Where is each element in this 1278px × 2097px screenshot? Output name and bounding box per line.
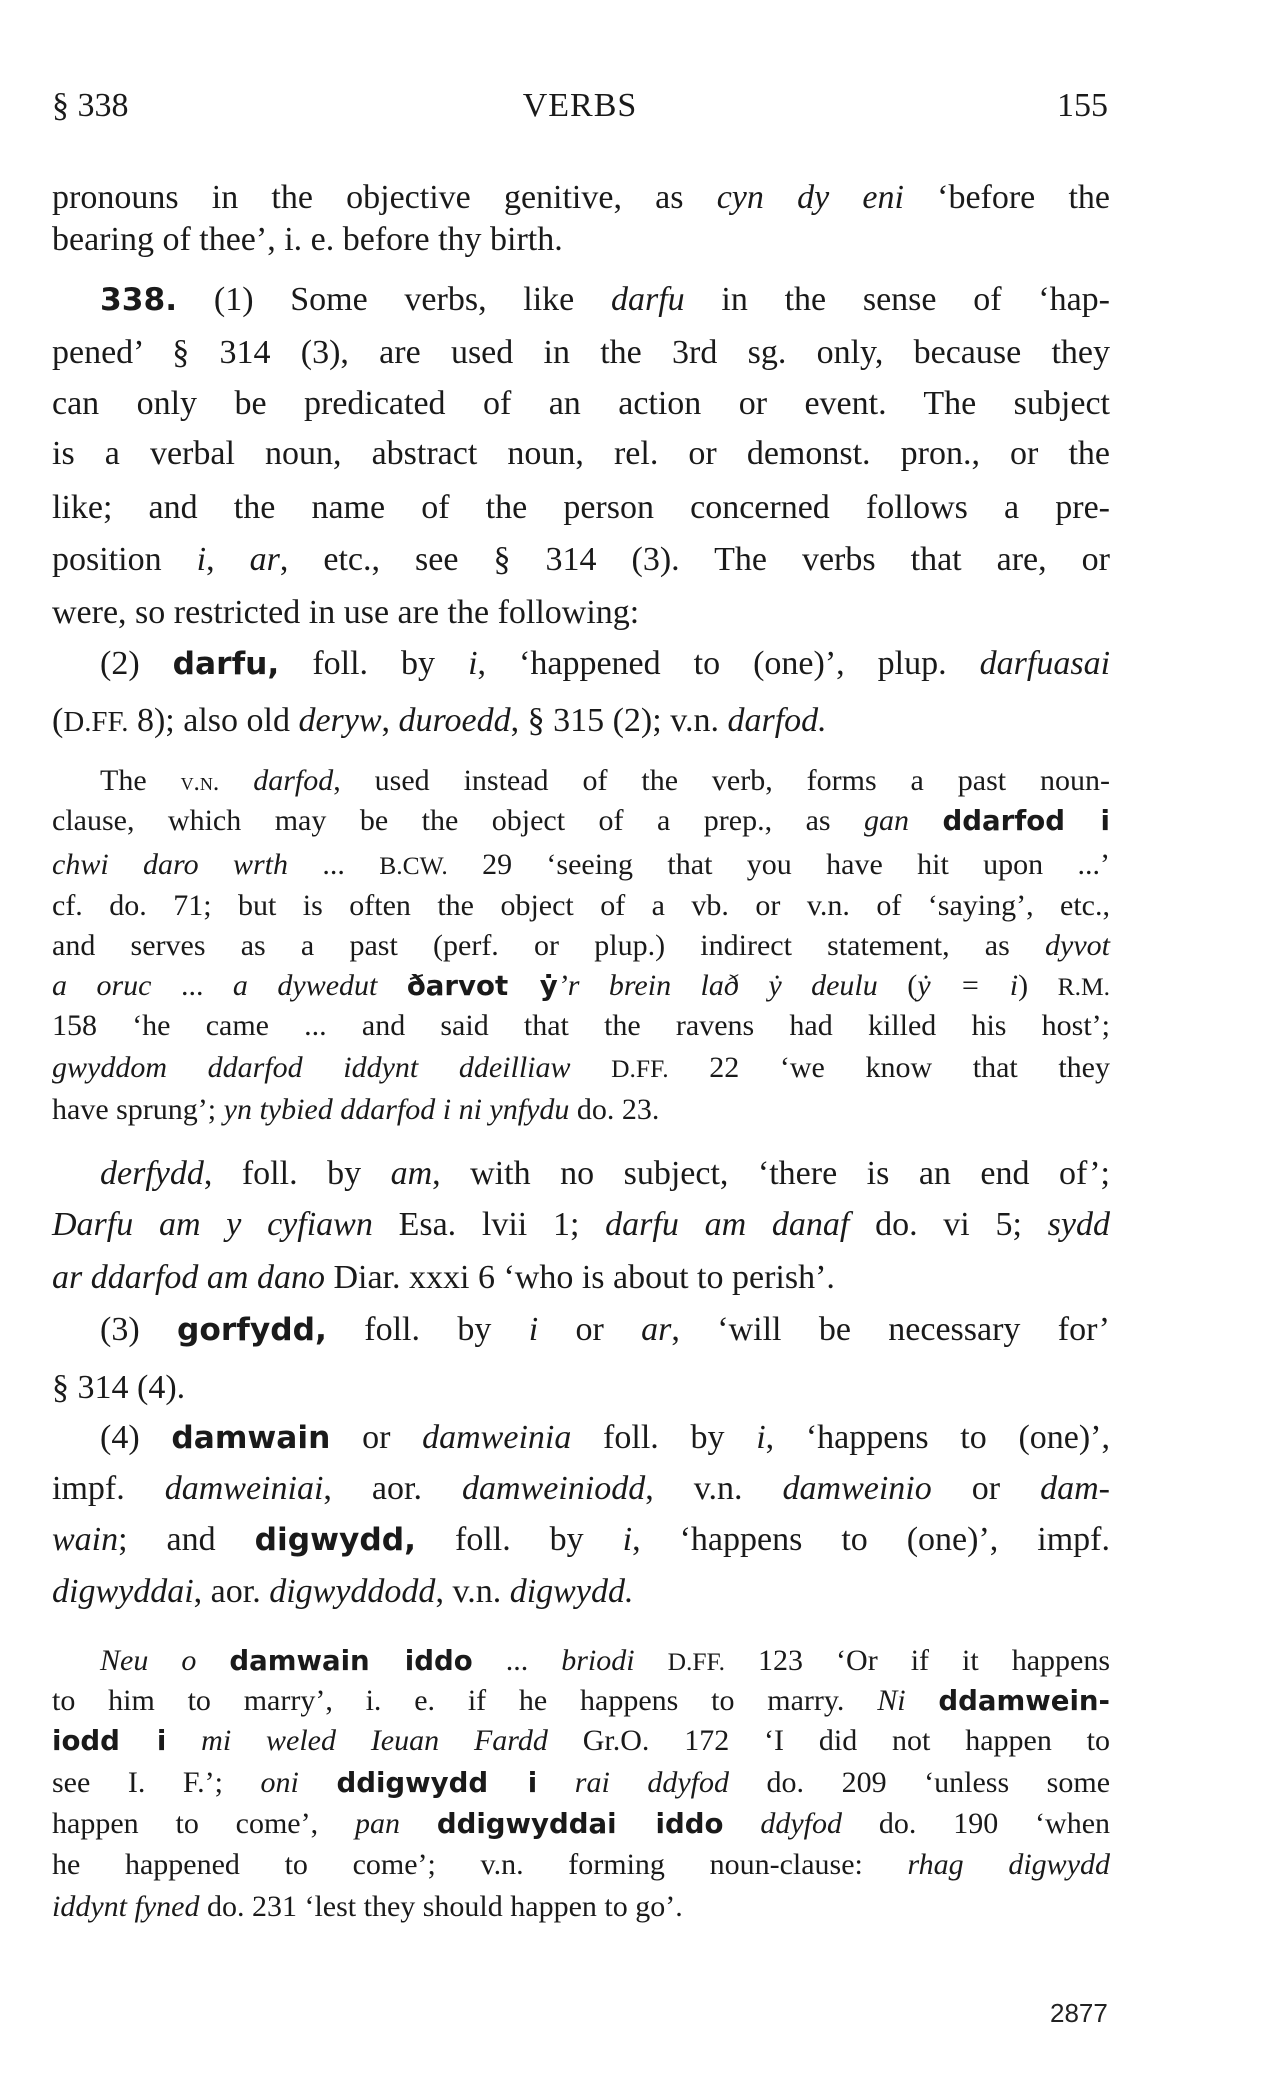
italic-term: cyn dy eni xyxy=(717,179,904,216)
italic-term: a dywedut xyxy=(233,969,377,1002)
italic-term: gan xyxy=(864,804,909,837)
text-line: Darfu am y cyfiawn Esa. lvii 1; darfu am… xyxy=(52,1205,1110,1245)
text-line: and serves as a past (perf. or plup.) in… xyxy=(52,928,1110,964)
italic-term: yn tybied ddarfod i ni ynfydu xyxy=(224,1093,570,1126)
text-line: happen to come’, pan ddigwyddai iddo ddy… xyxy=(52,1806,1110,1842)
text-line: pened’ § 314 (3), are used in the 3rd sg… xyxy=(52,333,1110,373)
text-line: a oruc ... a dywedut ðarvot ẏ’r brein la… xyxy=(52,968,1110,1005)
text-line: 338. (1) Some verbs, like darfu in the s… xyxy=(100,280,1110,320)
text-line: 158 ‘he came ... and said that the raven… xyxy=(52,1008,1110,1044)
text-line: like; and the name of the person concern… xyxy=(52,488,1110,528)
italic-term: damweinia xyxy=(422,1419,571,1456)
source-abbrev: D.FF. xyxy=(63,706,128,738)
text-line: pronouns in the objective genitive, as c… xyxy=(52,178,1110,218)
bold-term: ddigwyddai iddo xyxy=(437,1807,724,1840)
source-abbrev: R.M. xyxy=(1058,972,1110,1001)
bold-term: ðarvot ẏ xyxy=(407,969,558,1002)
italic-term: damweinio xyxy=(783,1470,932,1507)
italic-term: a oruc xyxy=(52,969,151,1002)
text-line: have sprung’; yn tybied ddarfod i ni ynf… xyxy=(52,1092,1110,1128)
italic-term: dam- xyxy=(1040,1470,1110,1507)
text-line: bearing of thee’, i. e. before thy birth… xyxy=(52,220,1110,260)
italic-term: digwyddai xyxy=(52,1573,194,1610)
italic-term: darfu xyxy=(611,281,685,318)
bold-term: ddamwein- xyxy=(938,1684,1110,1717)
italic-term: ddyfod xyxy=(760,1807,842,1840)
running-head-title: VERBS xyxy=(0,86,1160,126)
text-line: § 314 (4). xyxy=(52,1368,1110,1408)
text-line: position i, ar, etc., see § 314 (3). The… xyxy=(52,540,1110,580)
italic-term: deryw xyxy=(298,702,381,739)
text-line: wain; and digwydd, foll. by i, ‘happens … xyxy=(52,1520,1110,1560)
bold-term: damwain xyxy=(171,1420,330,1456)
page-number: 155 xyxy=(1057,86,1108,126)
italic-term: darfu am danaf xyxy=(605,1206,849,1243)
text-line: gwyddom ddarfod iddynt ddeilliaw D.FF. 2… xyxy=(52,1050,1110,1087)
italic-term: i xyxy=(529,1311,538,1348)
italic-term: Neu o xyxy=(100,1644,196,1677)
text-line: derfydd, foll. by am, with no subject, ‘… xyxy=(100,1154,1110,1194)
italic-term: i xyxy=(468,645,477,682)
bold-term: digwydd, xyxy=(255,1522,416,1558)
text-line: clause, which may be the object of a pre… xyxy=(52,803,1110,839)
bold-term: damwain iddo xyxy=(229,1644,472,1677)
text-line: ar ddarfod am dano Diar. xxxi 6 ‘who is … xyxy=(52,1258,1110,1298)
source-abbrev: B.CW. xyxy=(379,851,448,880)
italic-term: ’r brein lað ẏ deulu xyxy=(558,969,878,1002)
italic-term: Darfu am y cyfiawn xyxy=(52,1206,373,1243)
bold-term: gorfydd, xyxy=(177,1312,327,1348)
scan-stamp: 2877 xyxy=(1050,1998,1108,2029)
source-abbrev: D.FF. xyxy=(611,1054,669,1083)
text-line: he happened to come’; v.n. forming noun-… xyxy=(52,1847,1110,1883)
italic-term: derfydd xyxy=(100,1155,204,1192)
italic-term: iddynt fyned xyxy=(52,1890,199,1923)
source-abbrev: D.FF. xyxy=(668,1647,726,1676)
text-line: were, so restricted in use are the follo… xyxy=(52,593,1110,633)
italic-term: i xyxy=(197,541,206,578)
text-line: iddynt fyned do. 231 ‘lest they should h… xyxy=(52,1889,1110,1925)
italic-term: darfuasai xyxy=(980,645,1110,682)
italic-term: am xyxy=(391,1155,433,1192)
text-line: cf. do. 71; but is often the object of a… xyxy=(52,888,1110,924)
italic-term: damweiniodd xyxy=(462,1470,645,1507)
italic-term: ar ddarfod am dano xyxy=(52,1259,325,1296)
text-line: digwyddai, aor. digwyddodd, v.n. digwydd… xyxy=(52,1572,1110,1612)
text-line: (3) gorfydd, foll. by i or ar, ‘will be … xyxy=(100,1310,1110,1350)
text-line: is a verbal noun, abstract noun, rel. or… xyxy=(52,434,1110,474)
italic-term: pan xyxy=(355,1807,400,1840)
italic-term: digwyddodd xyxy=(269,1573,435,1610)
italic-term: ar xyxy=(641,1311,671,1348)
bold-term: iodd i xyxy=(52,1724,166,1757)
italic-term: damweiniai xyxy=(165,1470,324,1507)
italic-term: oni xyxy=(261,1766,299,1799)
italic-term: rhag digwydd xyxy=(908,1848,1110,1881)
text-line: chwi daro wrth ... B.CW. 29 ‘seeing that… xyxy=(52,847,1110,884)
text-line: to him to marry’, i. e. if he happens to… xyxy=(52,1683,1110,1719)
text-line: see I. F.’; oni ddigwydd i rai ddyfod do… xyxy=(52,1765,1110,1801)
italic-term: rai ddyfod xyxy=(575,1766,729,1799)
italic-term: briodi xyxy=(561,1644,634,1677)
bold-term: ddarfod i xyxy=(943,804,1111,837)
text-line: iodd i mi weled Ieuan Fardd Gr.O. 172 ‘I… xyxy=(52,1723,1110,1759)
italic-term: gwyddom ddarfod iddynt ddeilliaw xyxy=(52,1051,571,1084)
italic-term: duroedd xyxy=(399,702,511,739)
text-line: (4) damwain or damweinia foll. by i, ‘ha… xyxy=(100,1418,1110,1458)
text-line: can only be predicated of an action or e… xyxy=(52,384,1110,424)
italic-term: sydd xyxy=(1048,1206,1110,1243)
book-page: § 338 VERBS 155 pronouns in the objectiv… xyxy=(0,0,1278,2097)
italic-term: Ni xyxy=(877,1684,905,1717)
italic-term: digwydd. xyxy=(510,1573,634,1610)
text-line: The v.n. darfod, used instead of the ver… xyxy=(100,763,1110,800)
italic-term: darfod. xyxy=(728,702,827,739)
source-abbrev: v.n. xyxy=(181,767,220,796)
italic-term: ẏ = i xyxy=(917,969,1018,1002)
text-line: (2) darfu, foll. by i, ‘happened to (one… xyxy=(100,644,1110,684)
italic-term: wain xyxy=(52,1521,118,1558)
text-line: impf. damweiniai, aor. damweiniodd, v.n.… xyxy=(52,1469,1110,1509)
italic-term: i xyxy=(623,1521,632,1558)
bold-term: ddigwydd i xyxy=(336,1766,537,1799)
italic-term: ar xyxy=(250,541,280,578)
bold-term: 338. xyxy=(100,282,177,318)
italic-term: dyvot xyxy=(1045,929,1110,962)
text-line: (D.FF. 8); also old deryw, duroedd, § 31… xyxy=(52,701,1110,742)
italic-term: i xyxy=(756,1419,765,1456)
italic-term: chwi daro wrth xyxy=(52,848,288,881)
italic-term: darfod xyxy=(253,764,333,797)
text-line: Neu o damwain iddo ... briodi D.FF. 123 … xyxy=(100,1643,1110,1680)
italic-term: mi weled Ieuan Fardd xyxy=(201,1724,548,1757)
bold-term: darfu, xyxy=(173,646,280,682)
